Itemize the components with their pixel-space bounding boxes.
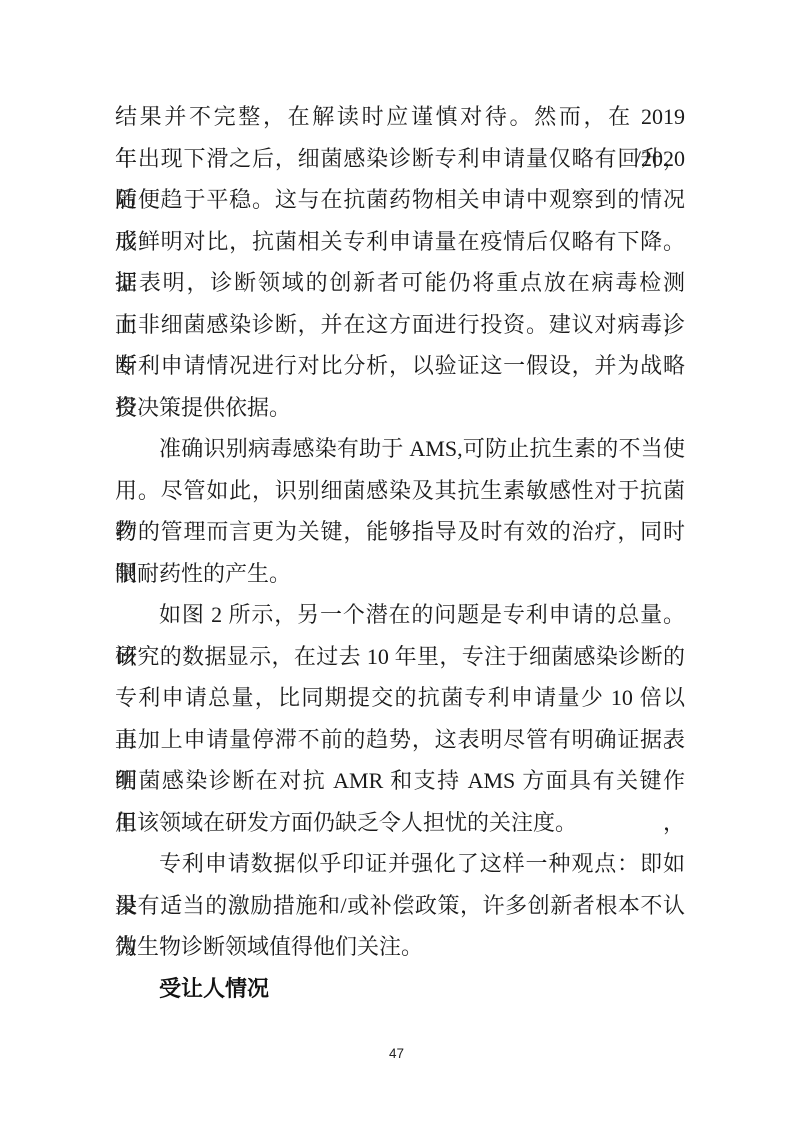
- body-text-line: 专利申请情况进行对比分析，以验证这一假设，并为战略投: [115, 345, 685, 387]
- document-page: 结果并不完整，在解读时应谨慎对待。然而，在 2019 年/2020 年出现下滑之…: [0, 0, 793, 1122]
- section-heading: 受让人情况: [115, 968, 685, 1010]
- body-text-line: 资决策提供依据。: [115, 387, 685, 429]
- body-text-line: 细菌感染诊断在对抗 AMR 和支持 AMS 方面具有关键作用，: [115, 760, 685, 802]
- body-text-line: 用。尽管如此，识别细菌感染及其抗生素敏感性对于抗菌药: [115, 470, 685, 512]
- body-text-line: 没有适当的激励措施和/或补偿政策，许多创新者根本不认为: [115, 885, 685, 927]
- body-text-line: 专利申请数据似乎印证并强化了这样一种观点：即如果: [115, 843, 685, 885]
- body-text-line: 结果并不完整，在解读时应谨慎对待。然而，在 2019 年/2020: [115, 96, 685, 138]
- body-text-line: 据表明，诊断领域的创新者可能仍将重点放在病毒检测上，: [115, 262, 685, 304]
- body-text-line: 年出现下滑之后，细菌感染诊断专利申请量仅略有回升，随: [115, 138, 685, 180]
- body-text-line: 而非细菌感染诊断，并在这方面进行投资。建议对病毒诊断: [115, 304, 685, 346]
- body-text-line: 成鲜明对比，抗菌相关专利申请量在疫情后仅略有下降。证: [115, 221, 685, 263]
- body-text-line: 如图 2 所示，另一个潜在的问题是专利申请的总量。该: [115, 594, 685, 636]
- body-text-line: 制耐药性的产生。: [115, 553, 685, 595]
- page-number: 47: [0, 1046, 793, 1061]
- body-text-line: 准确识别病毒感染有助于 AMS,可防止抗生素的不当使: [115, 428, 685, 470]
- body-text-line: 专利申请总量，比同期提交的抗菌专利申请量少 10 倍以上。: [115, 677, 685, 719]
- body-text-line: 微生物诊断领域值得他们关注。: [115, 926, 685, 968]
- body-text-line: 研究的数据显示，在过去 10 年里，专注于细菌感染诊断的: [115, 636, 685, 678]
- body-text-line: 后便趋于平稳。这与在抗菌药物相关申请中观察到的情况形: [115, 179, 685, 221]
- body-text-line: 物的管理而言更为关键，能够指导及时有效的治疗，同时限: [115, 511, 685, 553]
- document-body: 结果并不完整，在解读时应谨慎对待。然而，在 2019 年/2020 年出现下滑之…: [115, 96, 685, 1009]
- body-text-line: 再加上申请量停滞不前的趋势，这表明尽管有明确证据表明: [115, 719, 685, 761]
